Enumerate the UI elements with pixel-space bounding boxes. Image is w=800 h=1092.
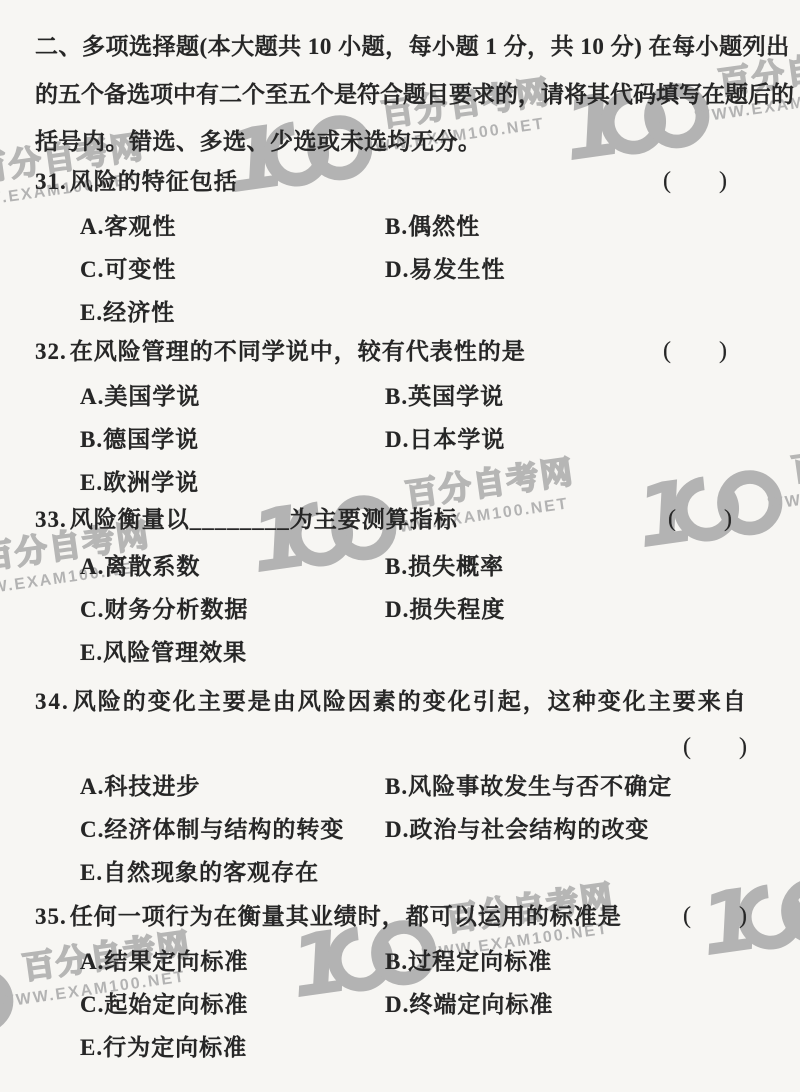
question-text: 任何一项行为在衡量其业绩时，都可以运用的标准是	[70, 903, 622, 931]
option-a: A.科技进步	[80, 773, 200, 801]
section-header-line3: 括号内。错选、多选、少选或未选均无分。	[35, 128, 482, 156]
option-e: E.经济性	[80, 299, 175, 327]
option-d: D.易发生性	[385, 256, 505, 284]
exam100-logo-icon: 1	[0, 951, 22, 1059]
option-d: D.日本学说	[385, 426, 505, 454]
option-d: D.终端定向标准	[385, 991, 553, 1019]
option-e: E.行为定向标准	[80, 1034, 247, 1062]
question-text: 风险的特征包括	[70, 168, 238, 196]
option-a: A.离散系数	[80, 553, 200, 581]
option-c: C.财务分析数据	[80, 596, 248, 624]
option-c: C.可变性	[80, 256, 176, 284]
question-34-line: 34. 风险的变化主要是由风险因素的变化引起，这种变化主要来自	[35, 688, 748, 716]
option-c: B.德国学说	[80, 426, 199, 454]
option-c: C.起始定向标准	[80, 991, 248, 1019]
option-a: A.结果定向标准	[80, 948, 248, 976]
watermark-brand: 百分自考网	[761, 429, 800, 491]
option-e: E.风险管理效果	[80, 639, 247, 667]
watermark-mid-left: 1 百分自考网 WWW.EXAM100.NET	[0, 515, 160, 648]
option-a: A.美国学说	[80, 383, 200, 411]
answer-brackets: ( )	[663, 167, 727, 195]
option-b: B.损失概率	[385, 553, 504, 581]
question-number: 33.	[35, 506, 67, 534]
section-header-line2: 的五个备选项中有二个至五个是符合题目要求的，请将其代码填写在题后的	[35, 81, 794, 109]
answer-brackets: ( )	[668, 505, 732, 533]
option-a: A.客观性	[80, 213, 176, 241]
option-b: B.英国学说	[385, 383, 504, 411]
question-text: 风险衡量以________为主要测算指标	[70, 506, 458, 534]
option-b: B.过程定向标准	[385, 948, 552, 976]
option-d: D.政治与社会结构的改变	[385, 816, 649, 844]
question-text: 风险的变化主要是由风险因素的变化引起，这种变化主要来自	[73, 688, 748, 716]
answer-brackets: ( )	[683, 902, 747, 930]
question-number: 34.	[35, 688, 70, 716]
answer-brackets: ( )	[663, 337, 727, 365]
question-number: 31.	[35, 168, 67, 196]
question-text: 在风险管理的不同学说中，较有代表性的是	[70, 338, 526, 366]
option-d: D.损失程度	[385, 596, 505, 624]
option-b: B.偶然性	[385, 213, 480, 241]
scanned-exam-page: 1 百分自考网 WWW.EXAM100.NET 1 百分自考网 WWW.EXAM…	[0, 0, 800, 1092]
answer-brackets: ( )	[683, 733, 747, 761]
option-c: C.经济体制与结构的转变	[80, 816, 344, 844]
question-number: 32.	[35, 338, 67, 366]
watermark-mid-right: 1 百分自考网 WWW.EXAM100.NET	[630, 427, 800, 560]
question-33-line: 33. 风险衡量以________为主要测算指标	[35, 506, 458, 534]
section-header-line1: 二、多项选择题(本大题共 10 小题，每小题 1 分，共 10 分) 在每小题列…	[35, 33, 790, 61]
watermark-url: WWW.EXAM100.NET	[767, 469, 800, 514]
option-b: B.风险事故发生与否不确定	[385, 773, 672, 801]
svg-text:1: 1	[244, 486, 316, 586]
question-32-line: 32. 在风险管理的不同学说中，较有代表性的是	[35, 338, 526, 366]
question-number: 35.	[35, 903, 67, 931]
question-35-line: 35. 任何一项行为在衡量其业绩时，都可以运用的标准是	[35, 903, 622, 931]
option-e: E.自然现象的客观存在	[80, 859, 319, 887]
option-e: E.欧洲学说	[80, 469, 199, 497]
question-31-line: 31. 风险的特征包括	[35, 168, 238, 196]
